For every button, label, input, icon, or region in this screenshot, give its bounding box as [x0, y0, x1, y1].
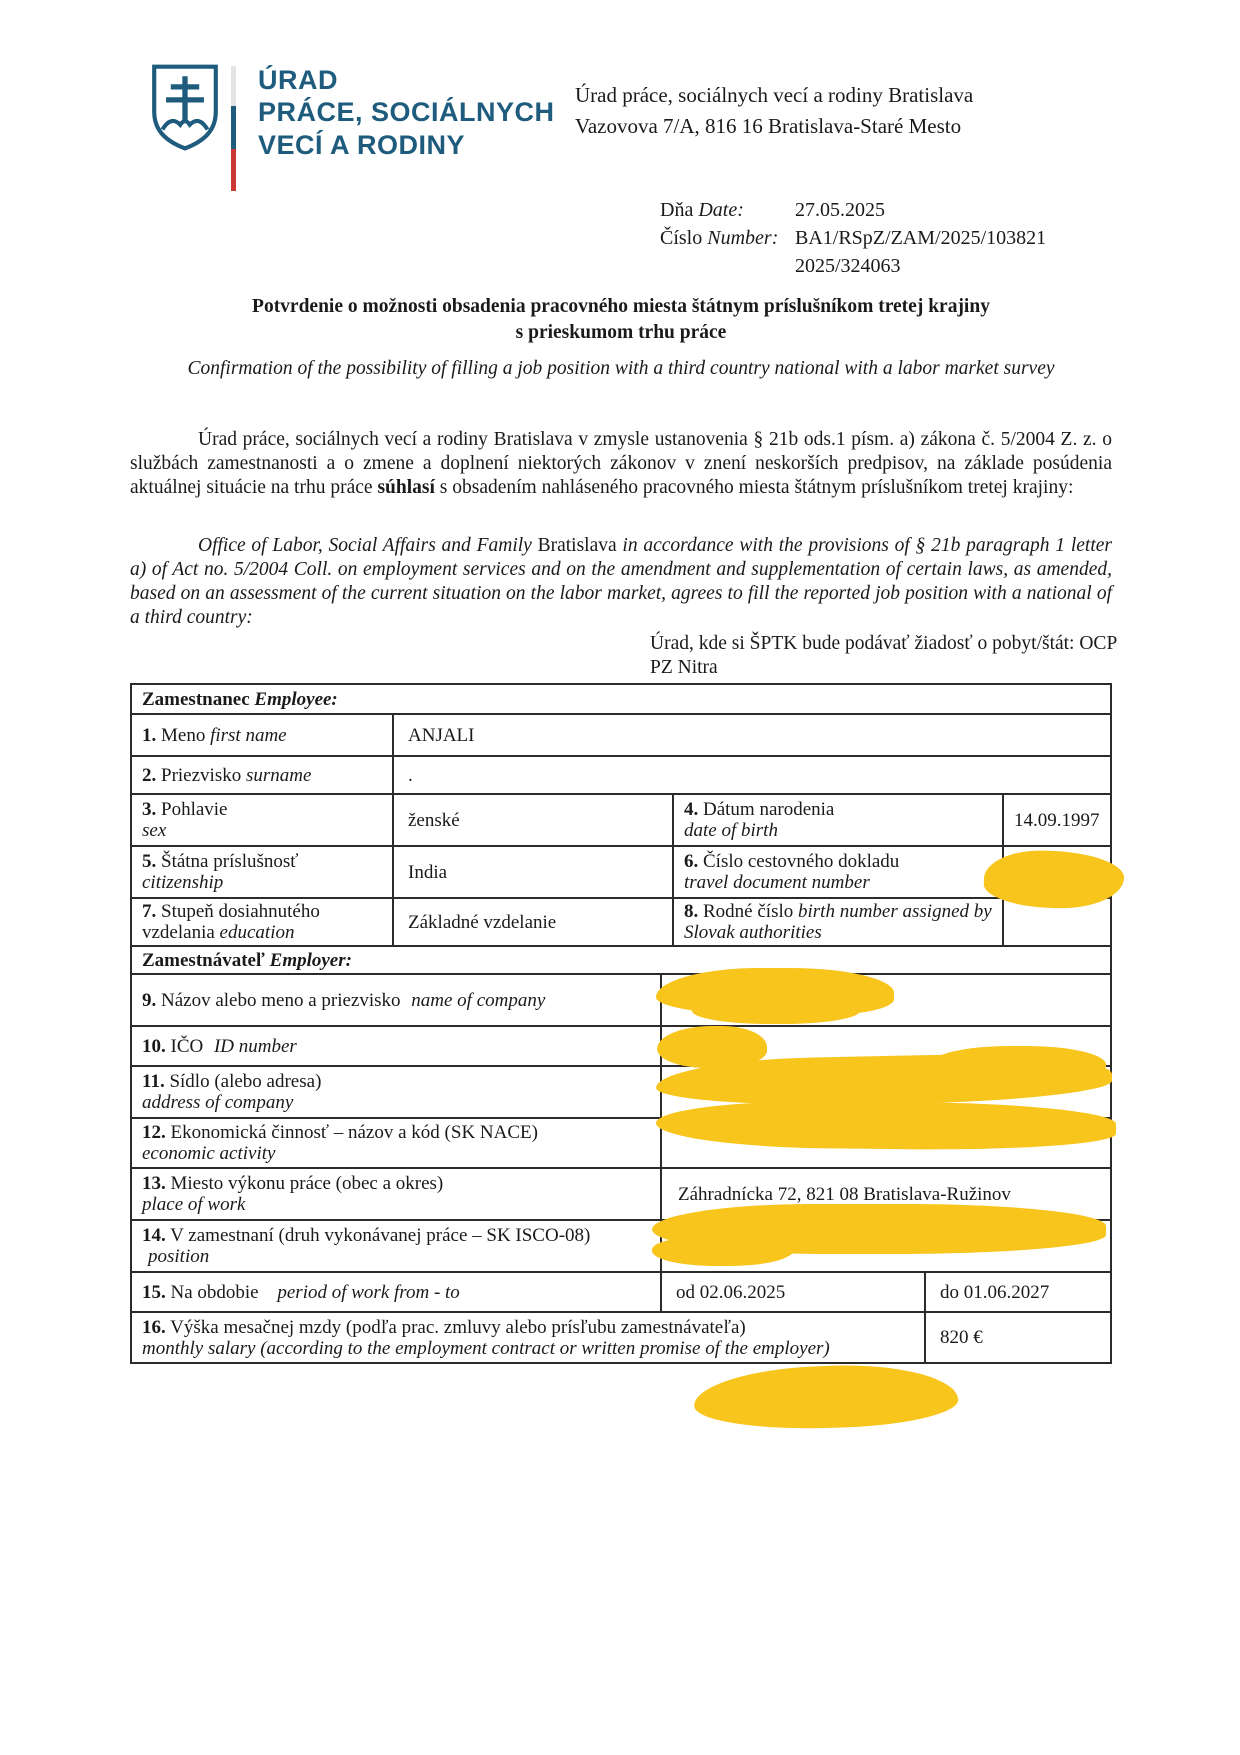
label-period-of-work: 15. Na obdobie period of work from - to: [132, 1273, 660, 1311]
document-title-en: Confirmation of the possibility of filli…: [130, 356, 1112, 382]
row-sex-birthdate: 3. Pohlavie sex ženské 4. Dátum narodeni…: [132, 793, 1110, 845]
label-company-id: 10. IČO ID number: [132, 1027, 660, 1065]
row-citizenship-travel-doc: 5. Štátna príslušnosť citizenship India …: [132, 845, 1110, 897]
label-travel-document-number: 6. Číslo cestovného dokladu travel docum…: [672, 847, 1002, 897]
office-address-block: Úrad práce, sociálnych vecí a rodiny Bra…: [575, 80, 973, 142]
value-citizenship: India: [392, 847, 672, 897]
label-company-address: 11. Sídlo (alebo adresa) address of comp…: [132, 1067, 660, 1117]
document-page: ÚRAD PRÁCE, SOCIÁLNYCH VECÍ A RODINY Úra…: [0, 0, 1240, 1755]
logo-line-1: ÚRAD: [258, 64, 555, 96]
value-first-name: ANJALI: [392, 715, 1110, 755]
value-birthdate: 14.09.1997: [1002, 795, 1110, 845]
label-birthdate: 4. Dátum narodenia date of birth: [672, 795, 1002, 845]
label-surname: 2. Priezvisko surname: [132, 757, 392, 793]
value-period-from: od 02.06.2025: [660, 1273, 924, 1311]
label-monthly-salary: 16. Výška mesačnej mzdy (podľa prac. zml…: [132, 1313, 924, 1362]
confirmation-form-table: Zamestnanec Employee: 1. Meno first name…: [130, 683, 1112, 1364]
office-name: Úrad práce, sociálnych vecí a rodiny Bra…: [575, 80, 973, 111]
row-first-name: 1. Meno first name ANJALI: [132, 713, 1110, 755]
label-birth-number: 8. Rodné číslo birth number assigned by …: [672, 899, 1002, 945]
number-value-2: 2025/324063: [795, 252, 901, 280]
agency-logo-text: ÚRAD PRÁCE, SOCIÁLNYCH VECÍ A RODINY: [258, 64, 555, 161]
label-economic-activity: 12. Ekonomická činnosť – názov a kód (SK…: [132, 1119, 660, 1167]
label-education: 7. Stupeň dosiahnutého vzdelania educati…: [132, 899, 392, 945]
redaction-highlight-position: [652, 1236, 794, 1266]
label-place-of-work: 13. Miesto výkonu práce (obec a okres) p…: [132, 1169, 660, 1219]
value-education: Základné vzdelanie: [392, 899, 672, 945]
row-education-birth-number: 7. Stupeň dosiahnutého vzdelania educati…: [132, 897, 1110, 945]
date-label: Dňa Date:: [660, 196, 795, 224]
value-period-to: do 01.06.2027: [924, 1273, 1110, 1311]
redaction-highlight-company-address: [930, 1046, 1106, 1080]
label-sex: 3. Pohlavie sex: [132, 795, 392, 845]
number-label: Číslo Number:: [660, 224, 795, 252]
slovak-coat-of-arms-icon: [148, 62, 222, 157]
value-monthly-salary: 820 €: [924, 1313, 1110, 1362]
logo-line-2: PRÁCE, SOCIÁLNYCH: [258, 96, 555, 128]
date-number-block: Dňa Date: 27.05.2025 Číslo Number: BA1/R…: [660, 196, 1046, 280]
number-value: BA1/RSpZ/ZAM/2025/103821: [795, 224, 1046, 252]
row-surname: 2. Priezvisko surname .: [132, 755, 1110, 793]
label-position: 14. V zamestnaní (druh vykonávanej práce…: [132, 1221, 660, 1271]
logo-line-3: VECÍ A RODINY: [258, 129, 555, 161]
residence-office-note: Úrad, kde si ŠPTK bude podávať žiadosť o…: [650, 632, 1120, 680]
office-street-address: Vazovova 7/A, 816 16 Bratislava-Staré Me…: [575, 111, 973, 142]
row-monthly-salary: 16. Výška mesačnej mzdy (podľa prac. zml…: [132, 1311, 1110, 1362]
redaction-highlight-signature-area: [693, 1361, 959, 1432]
date-value: 27.05.2025: [795, 196, 885, 224]
flag-divider-bar: [231, 66, 236, 191]
label-citizenship: 5. Štátna príslušnosť citizenship: [132, 847, 392, 897]
document-title-sk: Potvrdenie o možnosti obsadenia pracovné…: [130, 294, 1112, 346]
row-company-name: 9. Názov alebo meno a priezvisko name of…: [132, 973, 1110, 1025]
redaction-highlight-company-name: [692, 1000, 860, 1024]
row-period-of-work: 15. Na obdobie period of work from - to …: [132, 1271, 1110, 1311]
body-paragraph-en: Office of Labor, Social Affairs and Fami…: [130, 534, 1112, 630]
label-company-name: 9. Názov alebo meno a priezvisko name of…: [132, 975, 660, 1025]
value-surname: .: [392, 757, 1110, 793]
label-first-name: 1. Meno first name: [132, 715, 392, 755]
section-header-employee: Zamestnanec Employee:: [132, 685, 1110, 713]
body-paragraph-sk: Úrad práce, sociálnych vecí a rodiny Bra…: [130, 428, 1112, 500]
value-sex: ženské: [392, 795, 672, 845]
section-header-employer: Zamestnávateľ Employer:: [132, 945, 1110, 973]
